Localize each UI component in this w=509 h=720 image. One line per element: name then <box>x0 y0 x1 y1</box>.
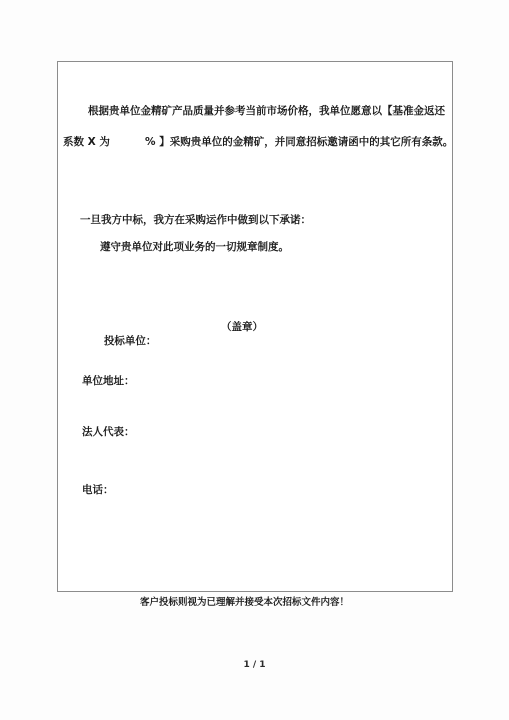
offer-paragraph-line1: 根据贵单位金精矿产品质量并参考当前市场价格，我单位愿意以【基准金返还 <box>88 104 445 118</box>
address-label: 单位地址： <box>82 374 135 388</box>
bidder-label: 投标单位： <box>104 335 157 347</box>
document-page: 根据贵单位金精矿产品质量并参考当前市场价格，我单位愿意以【基准金返还 系数 X … <box>0 0 509 720</box>
seal-label: （盖章） <box>221 320 263 334</box>
footer-note: 客户投标则视为已理解并接受本次招标文件内容！ <box>140 596 349 610</box>
legal-rep-label: 法人代表： <box>82 425 135 439</box>
commitment-intro: 一旦我方中标，我方在采购运作中做到以下承诺： <box>80 213 311 227</box>
bid-letter-frame: 根据贵单位金精矿产品质量并参考当前市场价格，我单位愿意以【基准金返还 系数 X … <box>57 61 453 592</box>
commitment-item: 遵守贵单位对此项业务的一切规章制度。 <box>100 240 289 254</box>
phone-label: 电话： <box>82 483 114 497</box>
page-number: 1 / 1 <box>0 659 509 671</box>
bidder-row: 投标单位： （盖章） <box>82 320 156 376</box>
offer-paragraph-line2: 系数 X 为 % 】采购贵单位的金精矿，并同意招标邀请函中的其它所有条款。 <box>63 135 453 149</box>
